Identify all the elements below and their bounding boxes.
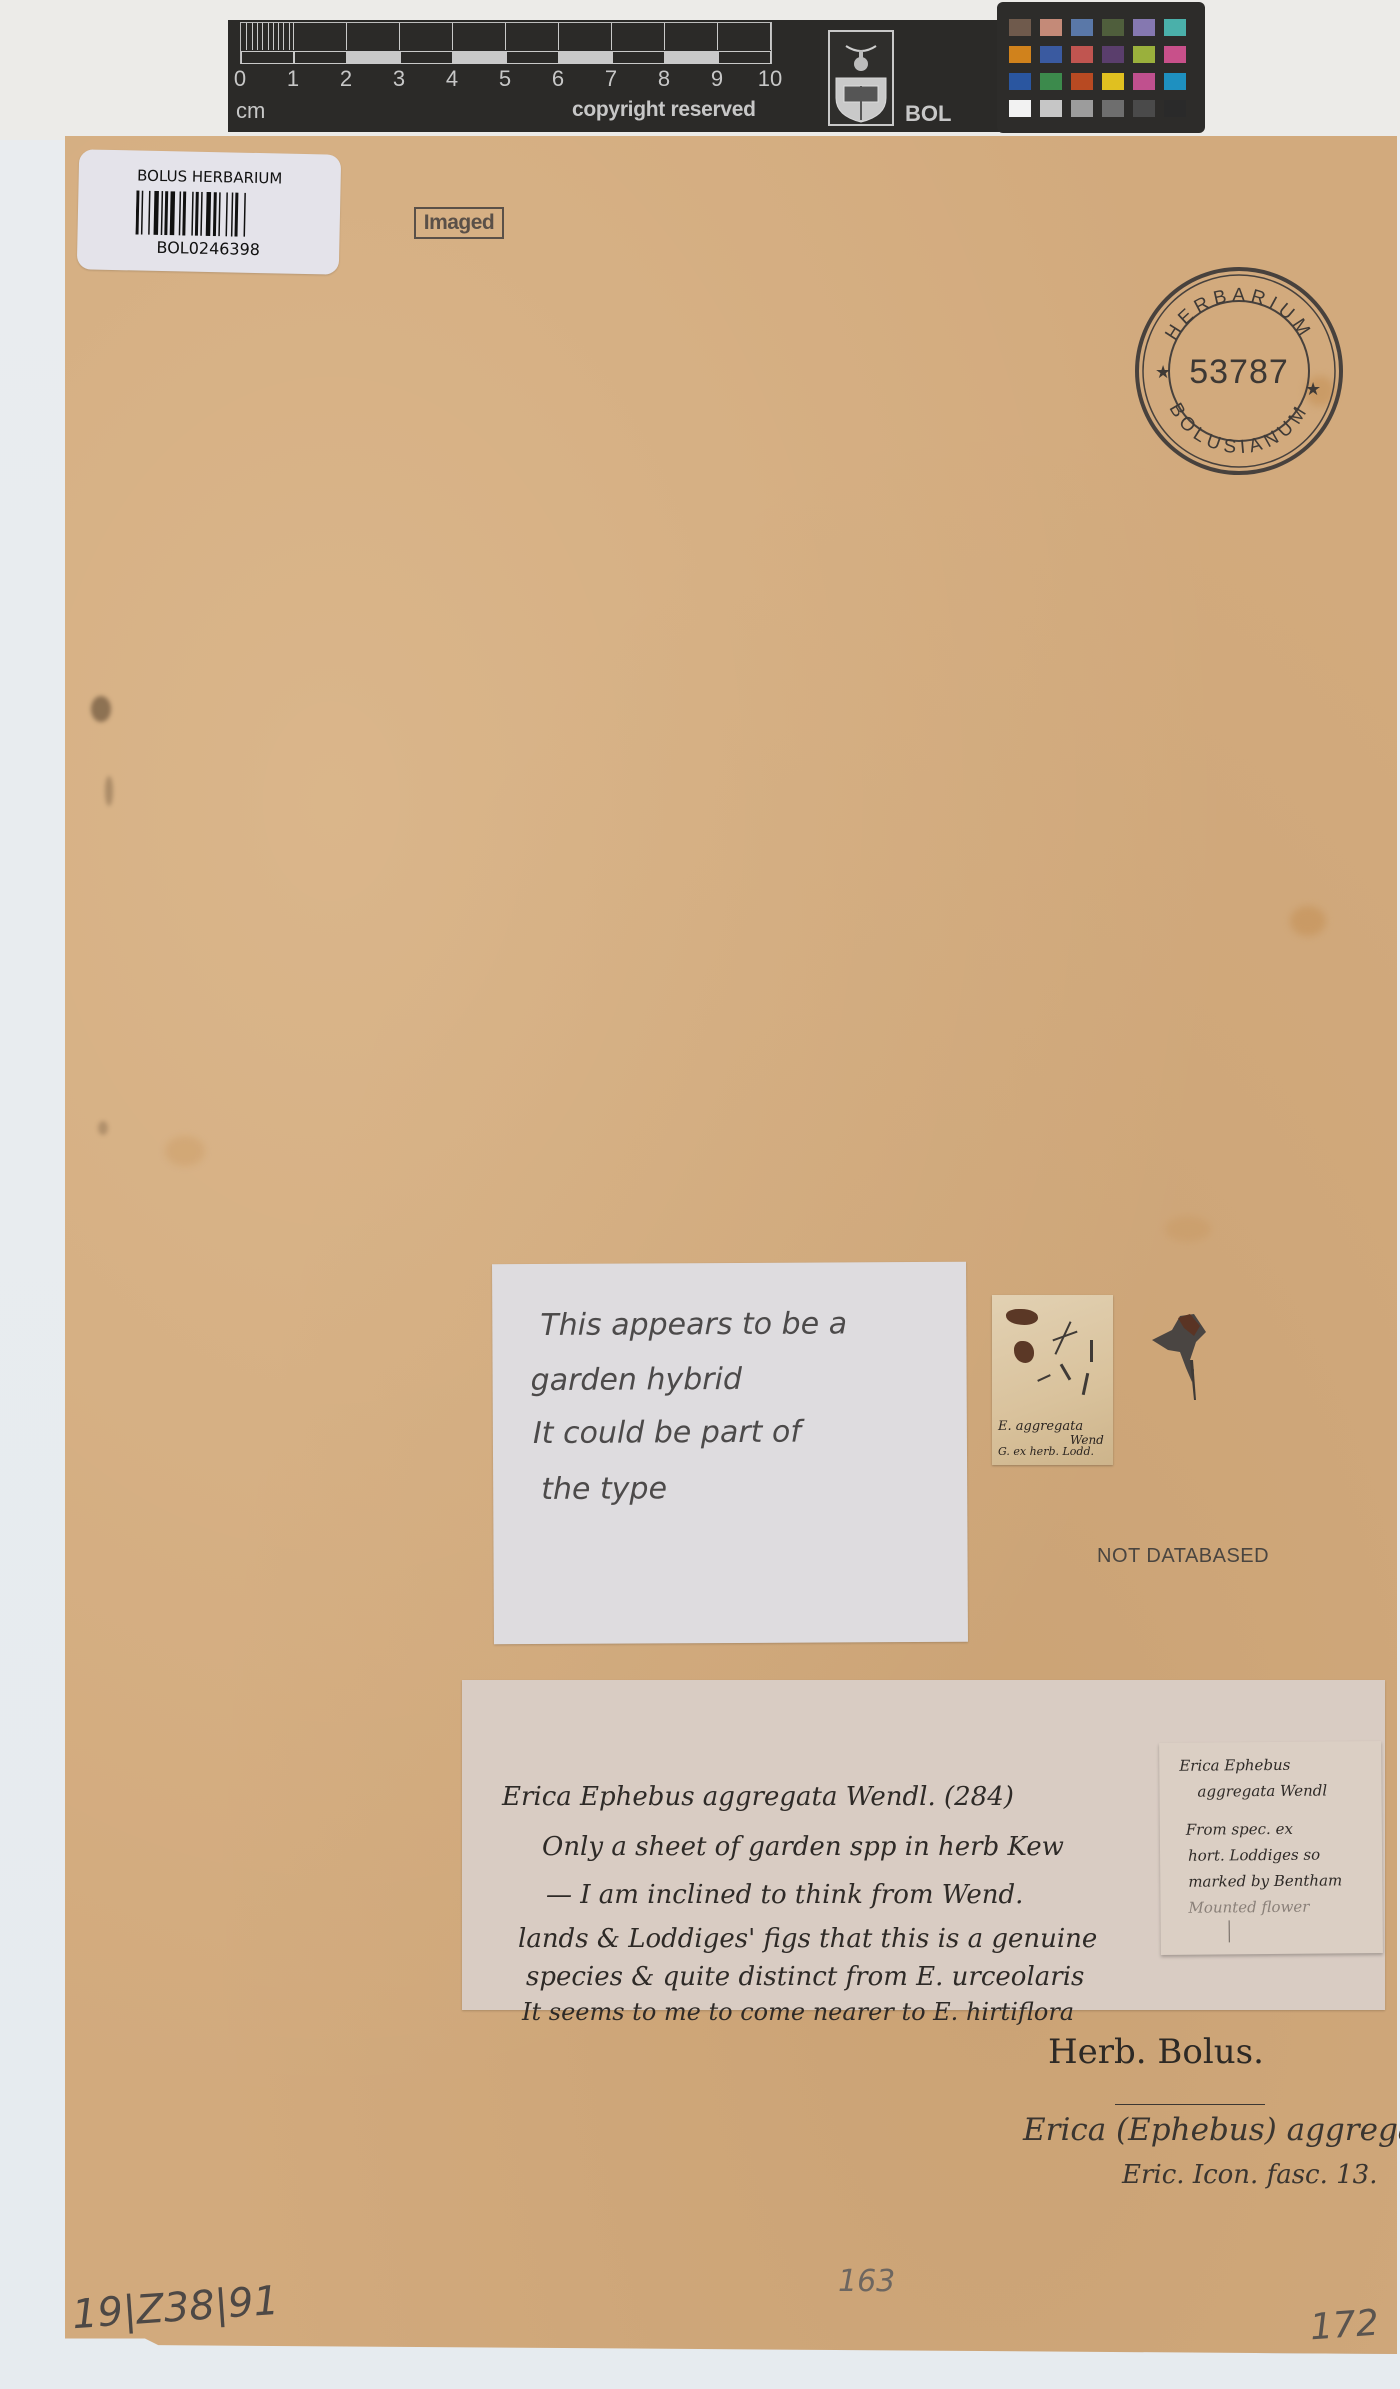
specimen-flower-fragment xyxy=(1150,1312,1212,1404)
colour-patch xyxy=(1102,46,1124,63)
colour-patch xyxy=(1009,46,1031,63)
packet-line: G. ex herb. Lodd. xyxy=(998,1445,1094,1458)
herbarium-label-heading: Herb. Bolus. xyxy=(1048,2032,1264,2072)
specimen-fragment-packet: E. aggregata Wend G. ex herb. Lodd. xyxy=(992,1295,1113,1465)
millimetre-tick xyxy=(257,23,258,50)
determination-line: It seems to me to come nearer to E. hirt… xyxy=(522,1998,1074,2026)
literature-citation: Eric. Icon. fasc. 13. xyxy=(1122,2160,1377,2190)
determination-line: Only a sheet of garden spp in herb Kew xyxy=(542,1832,1064,1862)
colour-patch xyxy=(1071,46,1093,63)
specimen-leaf xyxy=(1037,1374,1051,1382)
colour-patch xyxy=(1102,100,1124,117)
determination-packet: Erica Ephebus aggregata Wendl From spec.… xyxy=(1159,1741,1383,1955)
barcode-label-title: BOLUS HERBARIUM xyxy=(79,165,341,188)
colour-patch xyxy=(1040,19,1062,36)
specimen-leaf xyxy=(1082,1373,1090,1395)
colour-patch xyxy=(1040,73,1062,90)
specimen-fragment xyxy=(1006,1309,1038,1325)
millimetre-tick xyxy=(278,23,279,50)
scale-tick-label: 9 xyxy=(711,66,723,92)
millimetre-tick xyxy=(289,23,290,50)
packet-fold-mark xyxy=(1229,1920,1230,1942)
foxing-spot xyxy=(1165,1216,1211,1242)
note-line: the type xyxy=(541,1471,667,1507)
colour-patch xyxy=(1071,73,1093,90)
scale-segment xyxy=(559,23,612,50)
colour-checker-card xyxy=(997,2,1205,133)
colour-patch xyxy=(1133,46,1155,63)
sheet-number-annotation: 163 xyxy=(838,2264,895,2299)
scale-tick-label: 4 xyxy=(446,66,458,92)
specimen-leaf xyxy=(1060,1363,1072,1380)
svg-text:BOLUSIANUM: BOLUSIANUM xyxy=(1165,399,1314,458)
determination-line: lands & Loddiges' figs that this is a ge… xyxy=(518,1924,1097,1954)
millimetre-tick xyxy=(268,23,269,50)
scale-segment xyxy=(347,23,400,50)
scale-segment xyxy=(453,51,506,64)
colour-patch xyxy=(1164,19,1186,36)
scale-tick-label: 2 xyxy=(340,66,352,92)
scale-tick-label: 1 xyxy=(287,66,299,92)
scale-tick-label: 7 xyxy=(605,66,617,92)
determination-line: — I am inclined to think from Wend. xyxy=(546,1880,1023,1910)
university-crest-icon xyxy=(828,30,894,126)
colour-patch xyxy=(1040,46,1062,63)
scale-segment xyxy=(294,23,347,50)
note-line: garden hybrid xyxy=(531,1362,743,1398)
packet-line: hort. Loddiges so xyxy=(1188,1846,1320,1865)
colour-patch xyxy=(1009,100,1031,117)
packet-faint-line: Mounted flower xyxy=(1188,1898,1309,1917)
colour-patch xyxy=(1133,73,1155,90)
note-line: It could be part of xyxy=(533,1415,801,1451)
stain xyxy=(105,776,113,806)
scale-tick-label: 0 xyxy=(234,66,246,92)
scale-segment xyxy=(612,51,665,64)
accession-stamp: HERBARIUM BOLUSIANUM ★ ★ 53787 xyxy=(1133,265,1345,477)
scale-segment xyxy=(400,51,453,64)
packet-line: From spec. ex xyxy=(1186,1820,1293,1839)
scale-segment xyxy=(241,51,294,64)
scale-segment xyxy=(400,23,453,50)
scale-segment xyxy=(665,23,718,50)
foxing-spot xyxy=(1290,906,1326,936)
scale-segment xyxy=(718,51,771,64)
institution-code: BOL xyxy=(905,101,951,127)
scale-segment xyxy=(506,51,559,64)
scale-segment xyxy=(612,23,665,50)
scale-segment xyxy=(294,51,347,64)
note-line: This appears to be a xyxy=(540,1306,847,1343)
colour-patch xyxy=(1164,73,1186,90)
barcode-label: BOLUS HERBARIUM BOL0246398 xyxy=(77,149,341,274)
packet-line: marked by Bentham xyxy=(1188,1871,1342,1890)
colour-patch xyxy=(1102,73,1124,90)
packet-line: E. aggregata xyxy=(998,1419,1083,1434)
packet-line: Erica Ephebus xyxy=(1179,1756,1290,1775)
scale-unit-label: cm xyxy=(236,98,265,124)
scale-tick-label: 8 xyxy=(658,66,670,92)
millimetre-tick xyxy=(246,23,247,50)
specimen-fragment xyxy=(1014,1341,1034,1363)
stain xyxy=(98,1121,108,1135)
svg-text:HERBARIUM: HERBARIUM xyxy=(1161,285,1316,344)
colour-patch xyxy=(1164,46,1186,63)
colour-patch xyxy=(1040,100,1062,117)
colour-patch xyxy=(1133,19,1155,36)
specimen-leaf xyxy=(1090,1340,1093,1362)
millimetre-tick xyxy=(283,23,284,50)
scale-tick-label: 10 xyxy=(758,66,782,92)
scale-tick-label: 6 xyxy=(552,66,564,92)
colour-patch xyxy=(1071,19,1093,36)
scale-segment xyxy=(559,51,612,64)
stain xyxy=(91,696,111,722)
pencil-note: This appears to be a garden hybrid It co… xyxy=(492,1262,968,1644)
scale-segment xyxy=(506,23,559,50)
colour-patch xyxy=(1164,100,1186,117)
millimetre-tick xyxy=(252,23,253,50)
millimetre-tick xyxy=(273,23,274,50)
centimetre-scale xyxy=(240,22,772,64)
scale-tick-label: 3 xyxy=(393,66,405,92)
determination-line: Erica Ephebus aggregata Wendl. (284) xyxy=(502,1782,1014,1812)
barcode-icon xyxy=(136,190,305,238)
colour-patch xyxy=(1133,100,1155,117)
scale-segment xyxy=(347,51,400,64)
accession-number: 53787 xyxy=(1133,353,1345,392)
scale-tick-label: 5 xyxy=(499,66,511,92)
imaged-stamp: Imaged xyxy=(414,207,504,239)
foxing-spot xyxy=(165,1136,205,1166)
colour-patch xyxy=(1009,73,1031,90)
colour-patch xyxy=(1009,19,1031,36)
taxon-name: Erica (Ephebus) aggregata Wend. xyxy=(1023,2112,1400,2148)
sheet-folio-annotation: 172 xyxy=(1309,2303,1380,2349)
label-divider xyxy=(1115,2104,1265,2105)
not-databased-annotation: NOT DATABASED xyxy=(1097,1545,1269,1568)
scale-segment xyxy=(718,23,771,50)
scale-segment xyxy=(665,51,718,64)
packet-line: aggregata Wendl xyxy=(1197,1782,1327,1801)
scale-segment xyxy=(453,23,506,50)
colour-patch xyxy=(1102,19,1124,36)
catalogue-number: BOL0246398 xyxy=(77,236,339,260)
colour-patch xyxy=(1071,100,1093,117)
millimetre-tick xyxy=(262,23,263,50)
copyright-notice: copyright reserved xyxy=(572,98,756,122)
determination-line: species & quite distinct from E. urceola… xyxy=(526,1962,1084,1992)
